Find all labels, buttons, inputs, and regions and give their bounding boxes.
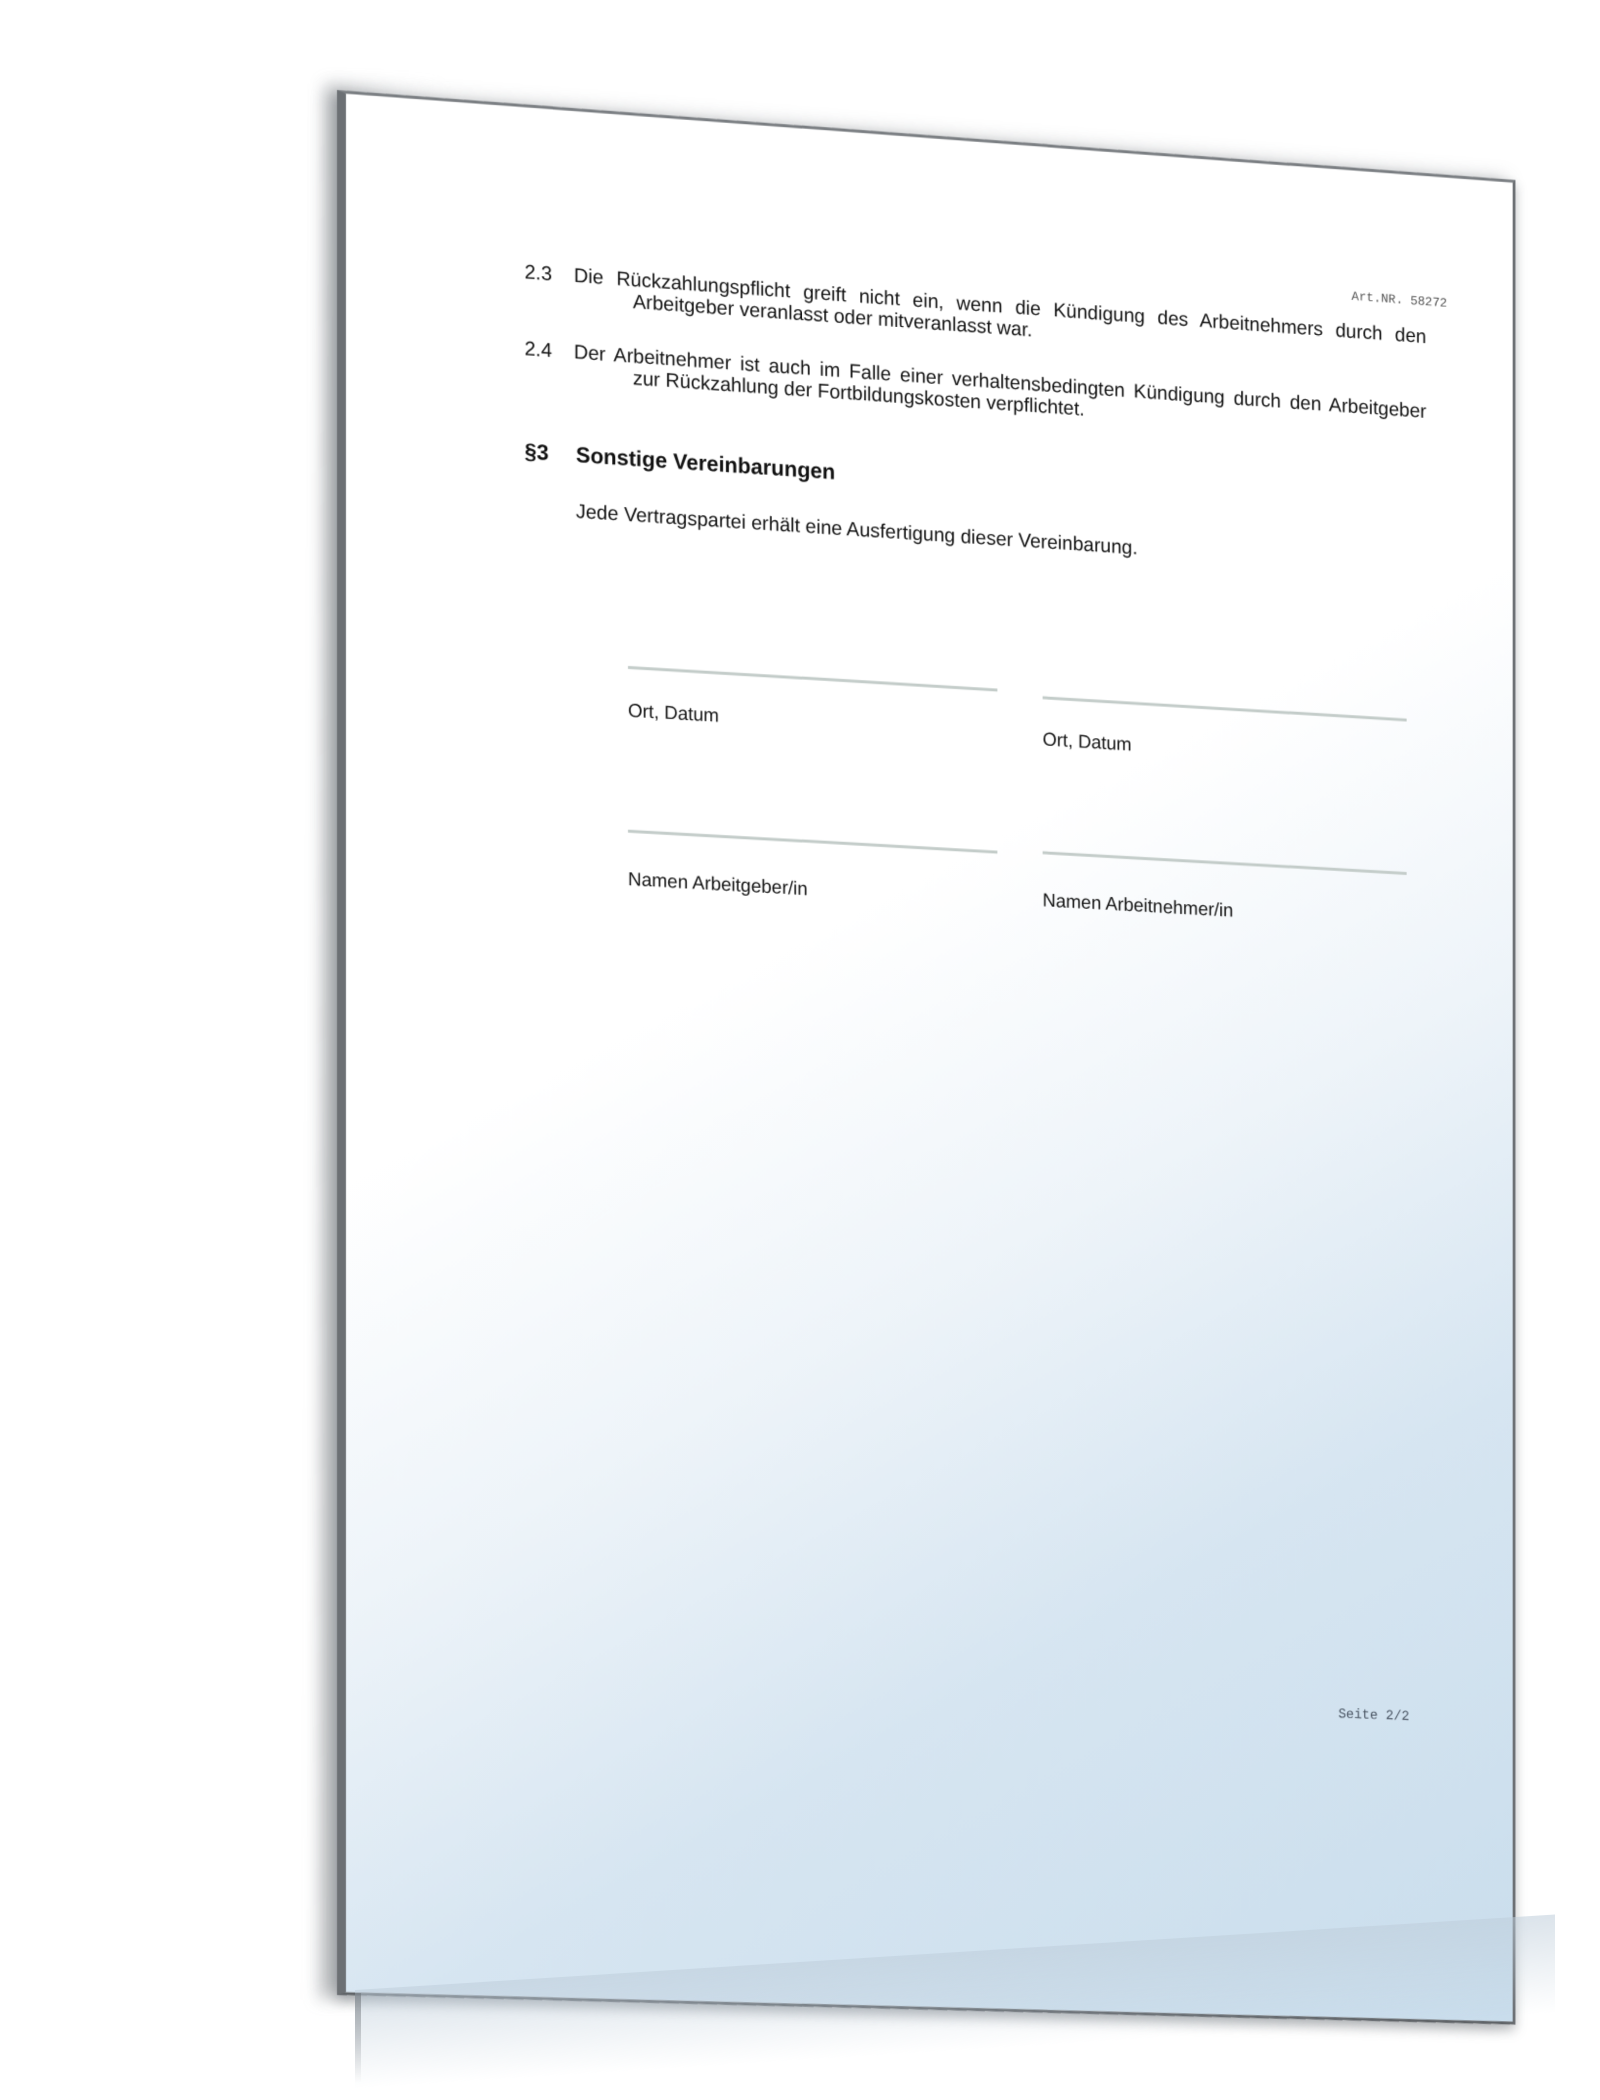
signature-line-left-name <box>628 830 997 854</box>
document-page-wrapper: Art.NR. 58272 2.3 Die Rückzahlungspflich… <box>337 90 1515 1995</box>
page-reflection-edge <box>355 1993 361 2083</box>
signature-line-right-date <box>1043 696 1407 721</box>
signature-line-right-name <box>1043 851 1407 875</box>
article-number: Art.NR. 58272 <box>1352 289 1447 311</box>
left-date-label: Ort, Datum <box>628 701 719 728</box>
section-heading: §3 Sonstige Vereinbarungen <box>525 439 836 486</box>
section-body: Jede Vertragspartei erhält eine Ausferti… <box>576 501 1138 560</box>
document-page: Art.NR. 58272 2.3 Die Rückzahlungspflich… <box>337 90 1515 2025</box>
signature-line-left-date <box>628 666 997 692</box>
right-date-label: Ort, Datum <box>1043 730 1132 757</box>
right-name-label: Namen Arbeitnehmer/in <box>1043 890 1234 922</box>
section-title: Sonstige Vereinbarungen <box>576 442 835 484</box>
clause-number: 2.3 <box>525 262 552 286</box>
page-number: Seite 2/2 <box>1338 1707 1409 1725</box>
section-number: §3 <box>525 439 549 466</box>
left-name-label: Namen Arbeitgeber/in <box>628 869 808 901</box>
clause-number: 2.4 <box>525 338 552 362</box>
